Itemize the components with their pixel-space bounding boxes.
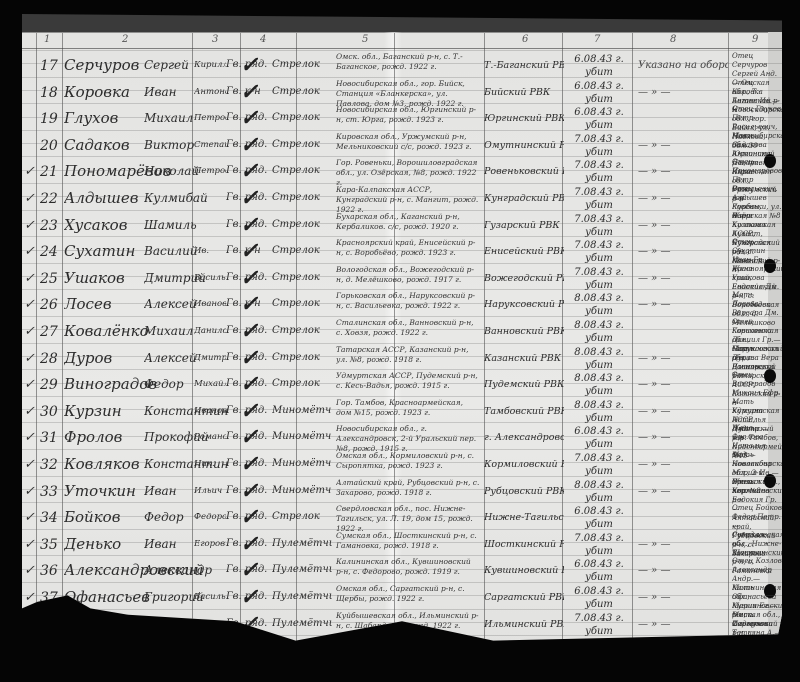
patronymic: Данилович	[194, 326, 226, 336]
column-number: 5	[362, 34, 368, 45]
pencil-tick-icon: ✓	[240, 79, 258, 105]
date-and-status: 7.08.43 г.убит	[568, 266, 630, 292]
pencil-tick-icon: ✓	[240, 185, 258, 211]
pencil-tick-icon: ✓	[240, 345, 258, 371]
birthplace-and-year: Гор. Тамбов, Красноармейская, дом №15, р…	[336, 398, 480, 418]
row-number: 29	[40, 377, 58, 393]
patronymic: Васильевич	[194, 592, 226, 602]
pencil-tick-icon: ✓	[240, 105, 258, 131]
column-8-note: — » —	[638, 565, 728, 576]
row-number: 34	[40, 510, 58, 526]
ledger-line	[22, 183, 782, 184]
role: Пулемётчик	[272, 644, 332, 655]
patronymic: Васильевич	[194, 619, 226, 629]
row-number: 23	[40, 218, 58, 234]
patronymic: Ив.	[194, 645, 226, 655]
pencil-tick-icon: ✓	[240, 291, 258, 317]
given-name: Александр	[144, 563, 212, 577]
column-8-note: — » —	[638, 486, 728, 497]
column-8-note: Указано на обороте.	[638, 60, 728, 71]
date-and-status: 7.08.43 г.убит	[568, 213, 630, 239]
role: Пулемётчик	[272, 564, 332, 575]
pencil-tick-icon: ✓	[240, 531, 258, 557]
role: Стрелок	[272, 511, 332, 522]
row-check-mark: ✓	[24, 537, 35, 552]
patronymic: Петрович	[194, 166, 226, 176]
pencil-tick-icon: ✓	[240, 611, 258, 637]
date-and-status: 7.08.43 г.убит	[568, 186, 630, 212]
role: Миномётчик	[272, 458, 332, 469]
column-8-note: — » —	[638, 220, 728, 231]
column-number: 2	[122, 34, 128, 45]
surname: Хусаков	[64, 216, 127, 234]
surname: Бойков	[64, 508, 120, 526]
ledger-line	[22, 555, 782, 556]
given-name: Иван	[144, 484, 177, 498]
given-name: Иван	[144, 85, 177, 99]
pencil-tick-icon: ✓	[240, 52, 258, 78]
date-and-status: 7.08.43 г.убит	[568, 159, 630, 185]
row-number: 39	[40, 643, 58, 659]
column-8-note: — » —	[638, 299, 728, 310]
surname: Ковалёнко	[64, 322, 149, 340]
date-and-status: 6.08.43 г.убит	[568, 425, 630, 451]
date-and-status: 6.08.43 г.убит	[568, 558, 630, 584]
ledger-line	[22, 329, 782, 330]
ledger-line	[22, 529, 782, 530]
column-8-note: — » —	[638, 379, 728, 390]
column-8-note: — » —	[638, 166, 728, 177]
date-and-status: 8.08.43 г.убит	[568, 479, 630, 505]
draft-office: Т.-Баганский РВК	[484, 60, 564, 71]
patronymic: Степанович	[194, 140, 226, 150]
role: Пулемётчик	[272, 591, 332, 602]
given-name: Федор	[144, 510, 184, 524]
role: Стрелок	[272, 112, 332, 123]
draft-office: Нижне-Тагильский РВК	[484, 512, 564, 523]
birthplace-and-year: Омск. обл., Баганский р-н, с. Т.-Баганск…	[336, 52, 480, 72]
column-8-note: — » —	[638, 140, 728, 151]
role: Стрелок	[272, 245, 332, 256]
patronymic: Михайлович	[194, 379, 226, 389]
pencil-tick-icon: ✓	[240, 265, 258, 291]
column-8-note: — » —	[638, 432, 728, 443]
role: Стрелок	[272, 352, 332, 363]
date-and-status: 6.08.43 г.убит	[568, 505, 630, 531]
draft-office: Енисейский РВК	[484, 246, 564, 257]
row-number: 18	[40, 85, 58, 101]
draft-office: Кувшиновский РВК	[484, 565, 564, 576]
ledger-line	[22, 143, 782, 144]
row-check-mark: ✓	[24, 164, 35, 179]
ledger-line	[22, 303, 782, 304]
ledger-line	[22, 250, 782, 251]
ledger-line	[22, 130, 782, 131]
surname: Ковляков	[64, 455, 140, 473]
pencil-tick-icon: ✓	[240, 238, 258, 264]
patronymic: Кирилл.	[194, 60, 226, 70]
birthplace-and-year: Сталинская обл., Ванновский р-н, с. Ховз…	[336, 318, 480, 338]
role: Стрелок	[272, 139, 332, 150]
pencil-tick-icon: ✓	[240, 212, 258, 238]
given-name: Сергей	[144, 58, 189, 72]
ledger-line	[22, 276, 782, 277]
column-8-note: — » —	[638, 193, 728, 204]
date-and-status: 7.08.43 г.убит	[568, 452, 630, 478]
birthplace-and-year: Новосибирская обл., Юргинский р-н, ст. Ю…	[336, 105, 480, 125]
row-number: 21	[40, 164, 58, 180]
table-row: ✓38ИльмуховВиталийВасильевичГв. ряд.Пуле…	[22, 609, 782, 647]
row-check-mark: ✓	[24, 643, 35, 658]
column-number: 8	[670, 34, 676, 45]
patronymic: Антонович	[194, 87, 226, 97]
surname: Фролов	[64, 428, 122, 446]
row-check-mark: ✓	[24, 484, 35, 499]
loss-status: убит	[568, 651, 630, 660]
birthplace-and-year: Бухарская обл., Каганский р-н, Кербалико…	[336, 212, 480, 232]
row-number: 37	[40, 590, 58, 606]
ledger-line	[22, 569, 782, 570]
surname: Курзин	[64, 402, 122, 420]
ledger-line	[22, 369, 782, 370]
next-of-kin: Мать Ильмухова Татьяна А.— Куйбышевская …	[732, 611, 782, 660]
date-and-status: 7.08.43 г.убит	[568, 133, 630, 159]
row-number: 27	[40, 324, 58, 340]
column-number: 1	[44, 34, 50, 45]
surname: Дуров	[64, 349, 112, 367]
patronymic: Иванович	[194, 299, 226, 309]
row-check-mark: ✓	[24, 377, 35, 392]
surname: Уточкин	[64, 482, 136, 500]
given-name: Николай	[144, 164, 199, 178]
draft-office: Ильминский РВК	[484, 619, 564, 630]
row-check-mark: ✓	[24, 590, 35, 605]
ledger-line	[22, 409, 782, 410]
pencil-tick-icon: ✓	[240, 637, 258, 660]
row-check-mark: ✓	[24, 244, 35, 259]
ledger-line	[22, 63, 782, 64]
ledger-line	[22, 289, 782, 290]
ledger-line	[22, 489, 782, 490]
row-number: 38	[40, 617, 58, 633]
date-and-status: 6.08.43 г.убит	[568, 106, 630, 132]
column-8-note: — » —	[638, 353, 728, 364]
pencil-tick-icon: ✓	[240, 451, 258, 477]
ledger-line	[22, 609, 782, 610]
draft-office: Ровеньковский РВК	[484, 166, 564, 177]
ledger-line	[22, 396, 782, 397]
row-check-mark: ✓	[24, 218, 35, 233]
date-and-status: 6.08.43 г.убит	[568, 585, 630, 611]
row-check-mark: ✓	[24, 324, 35, 339]
birthplace-and-year: Кировская обл., Уржумский р-н, Мельников…	[336, 132, 480, 152]
given-name: Василий	[144, 244, 198, 258]
pencil-tick-icon: ✓	[240, 424, 258, 450]
row-number: 22	[40, 191, 58, 207]
ledger-line	[22, 223, 782, 224]
given-name: Кулмибай	[144, 191, 208, 205]
binding-hole	[764, 369, 776, 383]
draft-office: Юргинский РВК	[484, 113, 564, 124]
draft-office: Починковский РВК	[484, 645, 564, 656]
rank: Гв. ряд.	[226, 644, 272, 655]
ledger-line	[22, 236, 782, 237]
given-name: Михаил	[144, 324, 193, 338]
draft-office: Рубцовский РВК	[484, 486, 564, 497]
ledger-line	[22, 196, 782, 197]
column-number: 4	[260, 34, 266, 45]
scan-background: 123456789 17СерчуровСергейКирилл.Гв. ряд…	[0, 0, 800, 682]
birthplace-and-year: Удмуртская АССР, Пудемский р-н, с. Кесь-…	[336, 371, 480, 391]
column-8-note: — » —	[638, 539, 728, 550]
pencil-tick-icon: ✓	[240, 478, 258, 504]
given-name: Иван	[144, 537, 177, 551]
ledger-line	[22, 502, 782, 503]
patronymic: Ильич	[194, 486, 226, 496]
date-and-status: 8.08.43 г.убит	[568, 346, 630, 372]
draft-office: Саргатский РВК	[484, 592, 564, 603]
row-number: 20	[40, 138, 58, 154]
pencil-tick-icon: ✓	[240, 158, 258, 184]
birthplace-and-year: Омская обл., Кормиловский р-н, с. Сыропя…	[336, 451, 480, 471]
role: Стрелок	[272, 272, 332, 283]
birthplace-and-year: Сумская обл., Шосткинский р-н, с. Гамано…	[336, 531, 480, 551]
row-number: 35	[40, 537, 58, 553]
surname: Офанасьев	[64, 588, 150, 606]
role: Стрелок	[272, 165, 332, 176]
row-number: 32	[40, 457, 58, 473]
birthplace-and-year: Калининская обл., Кувшиновский р-н, с. Ф…	[336, 557, 480, 577]
role: Миномётчик	[272, 431, 332, 442]
column-8-note: — » —	[638, 406, 728, 417]
draft-office: Казанский РВК	[484, 353, 564, 364]
row-check-mark: ✓	[24, 457, 35, 472]
draft-office: г. Александровск РВК	[484, 432, 564, 443]
row-check-mark: ✓	[24, 617, 35, 632]
birthplace-and-year: Татарская АССР, Казанский р-н, ул. №8, р…	[336, 345, 480, 365]
row-check-mark: ✓	[24, 351, 35, 366]
pencil-tick-icon: ✓	[240, 504, 258, 530]
given-name: Алексей	[144, 297, 197, 311]
surname: Ильмухов	[64, 615, 142, 633]
role: Стрелок	[272, 298, 332, 309]
loss-date: 6.08.43 г.	[568, 638, 630, 651]
draft-office: Кормиловский РВК	[484, 459, 564, 470]
column-8-note: — » —	[638, 459, 728, 470]
given-name: Михаил	[144, 111, 193, 125]
pencil-tick-icon: ✓	[240, 584, 258, 610]
column-8-note: — » —	[638, 87, 728, 98]
surname: Серчуров	[64, 56, 139, 74]
role: Миномётчик	[272, 485, 332, 496]
role: Миномётчик	[272, 405, 332, 416]
given-name: Шамиль	[144, 218, 197, 232]
draft-office: Омутнинский РВК	[484, 140, 564, 151]
patronymic: Ив.	[194, 246, 226, 256]
surname: Ушаков	[64, 269, 125, 287]
surname: Глухов	[64, 109, 118, 127]
date-and-status: 7.08.43 г.убит	[568, 239, 630, 265]
ledger-line	[22, 343, 782, 344]
patronymic: Иванович	[194, 406, 226, 416]
row-number: 30	[40, 404, 58, 420]
surname: Денько	[64, 535, 121, 553]
ledger-line	[22, 263, 782, 264]
ledger-line	[22, 90, 782, 91]
birthplace-and-year: Омская обл., Саргатский р-н, с. Щербы, р…	[336, 584, 480, 604]
birthplace-and-year: Горьковская обл., Наруксовский р-н, с. В…	[336, 291, 480, 311]
ledger-line	[22, 316, 782, 317]
role: Стрелок	[272, 325, 332, 336]
row-number: 25	[40, 271, 58, 287]
date-and-status: 6.08.43 г.убит	[568, 80, 630, 106]
date-and-status: 6.08.43 г.убит	[568, 53, 630, 79]
header-rule	[22, 48, 782, 49]
ledger-line	[22, 622, 782, 623]
patronymic: Ник.	[194, 459, 226, 469]
given-name: Алексей	[144, 351, 197, 365]
column-8-note: — » —	[638, 246, 728, 257]
role: Стрелок	[272, 219, 332, 230]
roster-page: 123456789 17СерчуровСергейКирилл.Гв. ряд…	[22, 14, 782, 660]
surname: Алдышев	[64, 189, 138, 207]
surname: Лосев	[64, 295, 112, 313]
column-8-note: — » —	[638, 619, 728, 630]
row-check-mark: ✓	[24, 297, 35, 312]
pencil-tick-icon: ✓	[240, 132, 258, 158]
surname: Коровка	[64, 83, 130, 101]
ledger-line	[22, 449, 782, 450]
next-of-kin: Горьковская обл., Починковский р-н, с. Н…	[732, 637, 782, 660]
surname: Садаков	[64, 136, 130, 154]
row-check-mark: ✓	[24, 271, 35, 286]
row-check-mark: ✓	[24, 430, 35, 445]
ledger-line	[22, 436, 782, 437]
pencil-tick-icon: ✓	[240, 557, 258, 583]
draft-office: Шосткинский РВК	[484, 539, 564, 550]
birthplace-and-year: Алтайский край, Рубцовский р-н, с. Захар…	[336, 478, 480, 498]
ledger-line	[22, 582, 782, 583]
ledger-line	[22, 50, 782, 51]
draft-office: Вожегодский РВК	[484, 273, 564, 284]
row-number: 19	[40, 111, 58, 127]
draft-office: Наруксовский РВК	[484, 299, 564, 310]
row-check-mark: ✓	[24, 404, 35, 419]
ledger-line	[22, 649, 782, 650]
birthplace-and-year: Горьковская обл., Починковский р-н, с. Н…	[336, 637, 480, 660]
column-number: 3	[212, 34, 218, 45]
ledger-line	[22, 117, 782, 118]
date-and-status: 6.08.43 г.убит	[568, 638, 630, 660]
row-check-mark: ✓	[24, 563, 35, 578]
draft-office: Кунградский РВК	[484, 193, 564, 204]
table-row: ✓39КузнецовМихаилИв.Гв. ряд.ПулемётчикГо…	[22, 635, 782, 660]
ledger-line	[22, 422, 782, 423]
ledger-line	[22, 516, 782, 517]
draft-office: Тамбовский РВК	[484, 406, 564, 417]
pencil-tick-icon: ✓	[240, 318, 258, 344]
ledger-line	[22, 542, 782, 543]
row-number: 17	[40, 58, 58, 74]
draft-office: Гузарский РВК	[484, 220, 564, 231]
ledger-line	[22, 635, 782, 636]
draft-office: Ванновский РВК	[484, 326, 564, 337]
given-name: Федор	[144, 377, 184, 391]
date-and-status: 7.08.43 г.убит	[568, 612, 630, 638]
ledger-line	[22, 595, 782, 596]
ledger-line	[22, 210, 782, 211]
date-and-status: 8.08.43 г.убит	[568, 292, 630, 318]
patronymic: Петрович	[194, 113, 226, 123]
row-number: 36	[40, 563, 58, 579]
birthplace-and-year: Вологодская обл., Вожегодский р-н, д. Ме…	[336, 265, 480, 285]
binding-hole	[764, 259, 776, 273]
role: Стрелок	[272, 378, 332, 389]
birthplace-and-year: Красноярский край, Енисейский р-н, с. Во…	[336, 238, 480, 258]
column-8-note: — » —	[638, 592, 728, 603]
column-number: 9	[752, 34, 758, 45]
role: Стрелок	[272, 59, 332, 70]
ledger-line	[22, 77, 782, 78]
given-name: Михаил	[144, 643, 193, 657]
patronymic: Романович	[194, 432, 226, 442]
role: Стрелок	[272, 86, 332, 97]
pencil-tick-icon: ✓	[240, 371, 258, 397]
birthplace-and-year: Куйбышевская обл., Ильминский р-н, с. Ша…	[336, 611, 480, 631]
ledger-line	[22, 156, 782, 157]
patronymic: Васильевич	[194, 273, 226, 283]
ledger-line	[22, 383, 782, 384]
row-check-mark: ✓	[24, 191, 35, 206]
role: Пулемётчик	[272, 538, 332, 549]
given-name: Виктор	[144, 138, 194, 152]
column-number: 6	[522, 34, 528, 45]
draft-office: Бийский РВК	[484, 87, 564, 98]
surname: Сухатин	[64, 242, 135, 260]
patronymic: Федорович	[194, 512, 226, 522]
patronymic: Егорович	[194, 539, 226, 549]
date-and-status: 8.08.43 г.убит	[568, 399, 630, 425]
date-and-status: 8.08.43 г.убит	[568, 372, 630, 398]
date-and-status: 8.08.43 г.убит	[568, 319, 630, 345]
row-number: 33	[40, 484, 58, 500]
role: Стрелок	[272, 192, 332, 203]
ledger-line	[22, 462, 782, 463]
role: Пулемётчик	[272, 618, 332, 629]
column-8-note: — » —	[638, 273, 728, 284]
row-number: 24	[40, 244, 58, 260]
row-check-mark: ✓	[24, 510, 35, 525]
row-number: 26	[40, 297, 58, 313]
row-number: 28	[40, 351, 58, 367]
ledger-line	[22, 103, 782, 104]
pencil-tick-icon: ✓	[240, 398, 258, 424]
date-and-status: 7.08.43 г.убит	[568, 532, 630, 558]
column-number: 7	[594, 34, 600, 45]
ledger-line	[22, 476, 782, 477]
ledger-line	[22, 170, 782, 171]
draft-office: Пудемский РВК	[484, 379, 564, 390]
row-number: 31	[40, 430, 58, 446]
column-8-note: — » —	[638, 645, 728, 656]
surname: Кузнецов	[64, 641, 139, 659]
ledger-line	[22, 356, 782, 357]
patronymic: Дмитриевич	[194, 353, 226, 363]
